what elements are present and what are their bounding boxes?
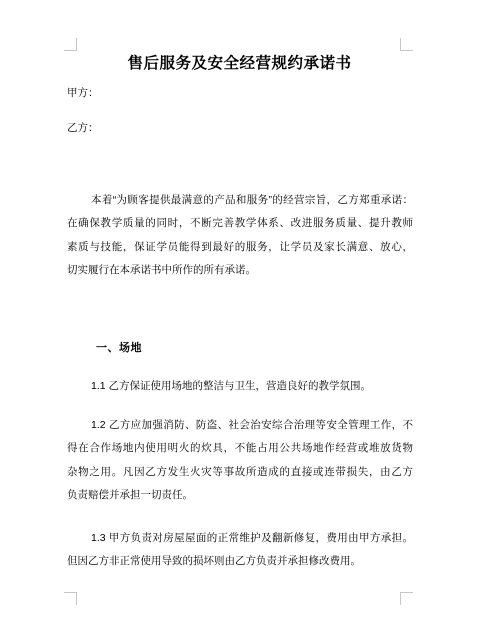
clause-1-2-paragraph: 1.2 乙方应加强消防、防盗、社会治安综合治理等安全管理工作，不 得在合作场地内…	[67, 414, 413, 508]
clause-1-3-paragraph: 1.3 甲方负责对房屋屋面的正常维护及翻新修复，费用由甲方承担。 但因乙方非正常…	[67, 527, 413, 574]
paragraph-line: 1.2 乙方应加强消防、防盗、社会治安综合治理等安全管理工作，不	[67, 414, 413, 437]
section-1-heading-row: 一、场地	[67, 337, 413, 360]
paragraph-line: 但因乙方非正常使用导致的损坏则由乙方负责并承担修改费用。	[67, 550, 413, 573]
document-title: 售后服务及安全经营规约承诺书	[0, 53, 479, 75]
margin-crop-mark-top-right	[400, 38, 413, 51]
party-a-label: 甲方：	[67, 82, 413, 105]
party-b-row: 乙方：	[67, 117, 413, 140]
margin-crop-mark-bottom-right	[400, 592, 413, 605]
paragraph-line: 负责赔偿并承担一切责任。	[67, 484, 413, 507]
margin-crop-mark-bottom-left	[64, 592, 77, 605]
clause-1-1-paragraph: 1.1 乙方保证使用场地的整洁与卫生，营造良好的教学氛围。	[67, 375, 413, 398]
paragraph-line: 素质与技能，保证学员能得到最好的服务，让学员及家长满意、放心，	[67, 236, 413, 259]
paragraph-line: 1.1 乙方保证使用场地的整洁与卫生，营造良好的教学氛围。	[67, 375, 413, 398]
margin-crop-mark-top-left	[64, 38, 77, 51]
party-b-label: 乙方：	[67, 117, 413, 140]
intro-paragraph: 本着“为顾客提供最满意的产品和服务”的经营宗旨，乙方郑重承诺： 在确保教学质量的…	[67, 189, 413, 283]
paragraph-line: 在确保教学质量的同时，不断完善教学体系、改进服务质量、提升教师	[67, 212, 413, 235]
paragraph-line: 切实履行在本承诺书中所作的所有承诺。	[67, 259, 413, 282]
party-a-row: 甲方：	[67, 82, 413, 105]
section-1-heading: 一、场地	[67, 337, 413, 360]
paragraph-line: 本着“为顾客提供最满意的产品和服务”的经营宗旨，乙方郑重承诺：	[67, 189, 413, 212]
paragraph-line: 得在合作场地内使用明火的炊具，不能占用公共场地作经营或堆放货物	[67, 437, 413, 460]
document-page: 售后服务及安全经营规约承诺书 甲方： 乙方： 本着“为顾客提供最满意的产品和服务…	[0, 0, 479, 639]
paragraph-line: 杂物之用。凡因乙方发生火灾等事故所造成的直接或连带损失，由乙方	[67, 461, 413, 484]
paragraph-line: 1.3 甲方负责对房屋屋面的正常维护及翻新修复，费用由甲方承担。	[67, 527, 413, 550]
